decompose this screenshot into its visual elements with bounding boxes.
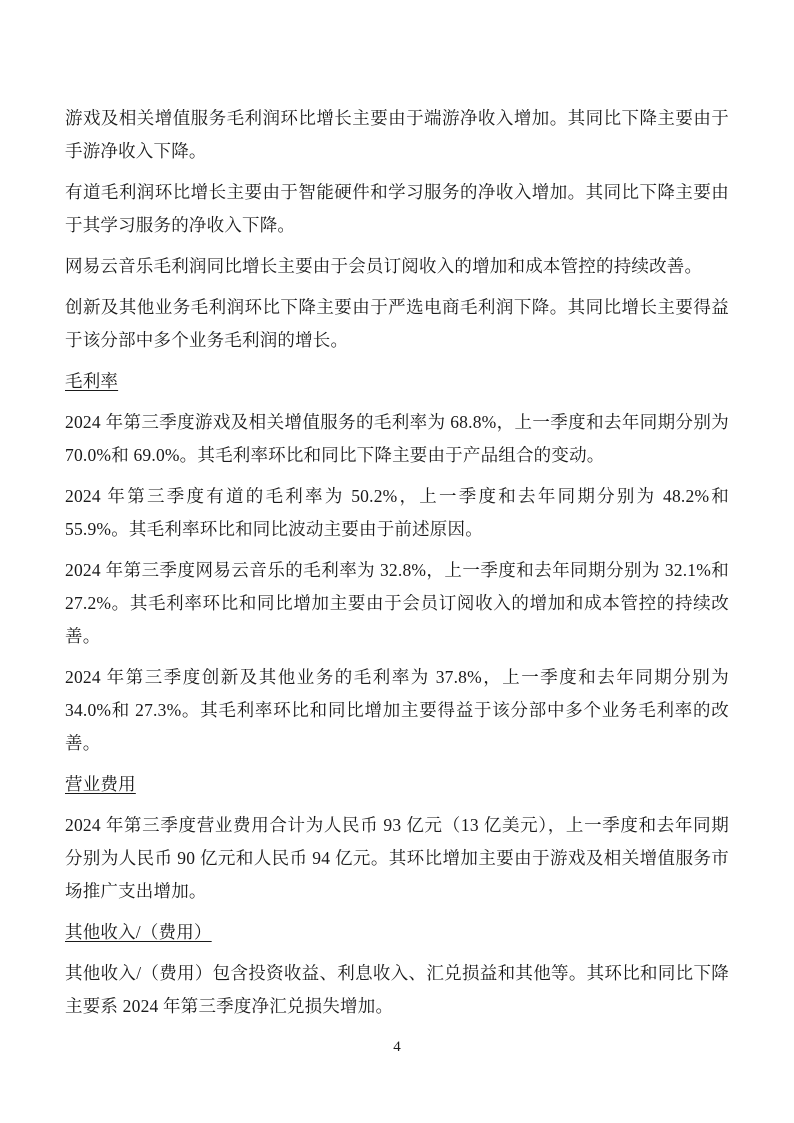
paragraph: 2024 年第三季度创新及其他业务的毛利率为 37.8%，上一季度和去年同期分别…: [65, 661, 729, 760]
section-heading-operating-expenses: 营业费用: [65, 768, 729, 801]
section-heading-gross-margin: 毛利率: [65, 365, 729, 398]
paragraph: 其他收入/（费用）包含投资收益、利息收入、汇兑损益和其他等。其环比和同比下降主要…: [65, 957, 729, 1023]
paragraph: 2024 年第三季度游戏及相关增值服务的毛利率为 68.8%，上一季度和去年同期…: [65, 406, 729, 472]
paragraph: 游戏及相关增值服务毛利润环比增长主要由于端游净收入增加。其同比下降主要由于手游净…: [65, 102, 729, 168]
paragraph: 网易云音乐毛利润同比增长主要由于会员订阅收入的增加和成本管控的持续改善。: [65, 250, 729, 283]
page-number: 4: [0, 1038, 794, 1056]
section-heading-label: 毛利率: [65, 371, 118, 391]
paragraph: 有道毛利润环比增长主要由于智能硬件和学习服务的净收入增加。其同比下降主要由于其学…: [65, 176, 729, 242]
document-body: 游戏及相关增值服务毛利润环比增长主要由于端游净收入增加。其同比下降主要由于手游净…: [65, 102, 729, 1031]
section-heading-label: 其他收入/（费用）: [65, 922, 212, 942]
section-heading-label: 营业费用: [65, 774, 136, 794]
paragraph: 2024 年第三季度网易云音乐的毛利率为 32.8%，上一季度和去年同期分别为 …: [65, 554, 729, 653]
document-page: 游戏及相关增值服务毛利润环比增长主要由于端游净收入增加。其同比下降主要由于手游净…: [0, 0, 794, 1123]
paragraph: 2024 年第三季度有道的毛利率为 50.2%，上一季度和去年同期分别为 48.…: [65, 480, 729, 546]
section-heading-other-income: 其他收入/（费用）: [65, 916, 729, 949]
paragraph: 创新及其他业务毛利润环比下降主要由于严选电商毛利润下降。其同比增长主要得益于该分…: [65, 291, 729, 357]
paragraph: 2024 年第三季度营业费用合计为人民币 93 亿元（13 亿美元），上一季度和…: [65, 809, 729, 908]
